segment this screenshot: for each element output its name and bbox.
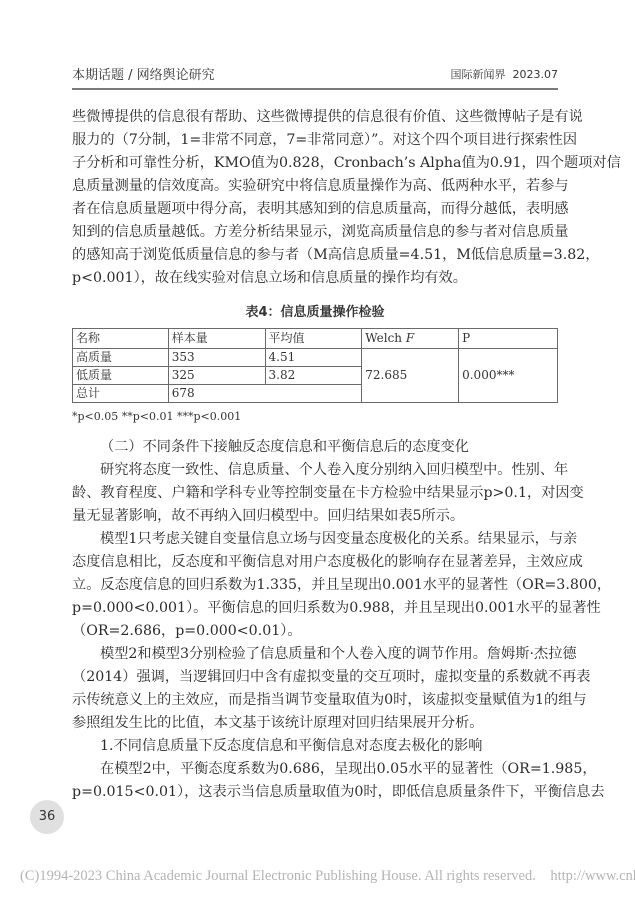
cell-sample: 678 (168, 385, 362, 403)
text-line: 龄、教育程度、户籍和学科专业等控制变量在卡方检验中结果显示p>0.1，对因变 (72, 482, 558, 505)
paragraph-measurement: 些微博提供的信息很有帮助、这些微博提供的信息很有价值、这些微博帖子是有说 服力的… (72, 106, 558, 290)
header-cell-welch: Welch F (362, 329, 459, 349)
section-title: 本期话题 / 网络舆论研究 (72, 64, 215, 83)
welch-f-symbol: F (406, 331, 414, 345)
table-quality-check: 名称 样本量 平均值 Welch F P 高质量 353 4.51 72.685… (72, 328, 558, 403)
text-line: 研究将态度一致性、信息质量、个人卷入度分别纳入回归模型中。性别、年 (72, 459, 558, 482)
cell-name: 总计 (73, 385, 169, 403)
text-line: 服力的（7分制，1=非常不同意，7=非常同意）”。对这个四个项目进行探索性因 (72, 129, 558, 152)
table-header-row: 名称 样本量 平均值 Welch F P (73, 329, 558, 349)
running-header: 本期话题 / 网络舆论研究 国际新闻界 2023.07 (72, 62, 558, 90)
text-line: 些微博提供的信息很有帮助、这些微博提供的信息很有价值、这些微博帖子是有说 (72, 106, 558, 129)
text-line: 量无显著影响，故不再纳入回归模型中。回归结果如表5所示。 (72, 505, 558, 528)
table-row: 高质量 353 4.51 72.685 0.000*** (73, 349, 558, 367)
text-line: p<0.001），故在线实验对信息立场和信息质量的操作均有效。 (72, 267, 558, 290)
cell-sample: 325 (168, 367, 265, 385)
text-line: 示传统意义上的主效应，而是指当调节变量取值为0时，该虚拟变量赋值为1的组与 (72, 689, 558, 712)
cell-welch-f: 72.685 (362, 349, 459, 403)
text-line: p=0.015<0.01），这表示当信息质量取值为0时，即低信息质量条件下，平衡… (72, 781, 558, 804)
text-line: 在模型2中，平衡态度系数为0.686，呈现出0.05水平的显著性（OR=1.98… (72, 758, 558, 781)
text-line: （2014）强调，当逻辑回归中含有虚拟变量的交互项时，虚拟变量的系数就不再表 (72, 666, 558, 689)
text-line: 态度信息相比，反态度和平衡信息对用户态度极化的影响存在显著差异，主效应成 (72, 551, 558, 574)
cell-name: 高质量 (73, 349, 169, 367)
text-line: 的感知高于浏览低质量信息的参与者（M高信息质量=4.51，M低信息质量=3.82… (72, 244, 558, 267)
table-significance-note: *p<0.05 **p<0.01 ***p<0.001 (72, 410, 241, 423)
header-cell-mean: 平均值 (265, 329, 362, 349)
cell-mean: 3.82 (265, 367, 362, 385)
section-heading: （二）不同条件下接触反态度信息和平衡信息后的态度变化 (72, 436, 558, 459)
text-line: 知到的信息质量越低。方差分析结果显示，浏览高质量信息的参与者对信息质量 (72, 221, 558, 244)
text-line: p=0.000<0.001）。平衡信息的回归系数为0.988，并且呈现出0.00… (72, 597, 558, 620)
text-line: 模型1只考虑关键自变量信息立场与因变量态度极化的关系。结果显示，与亲 (72, 528, 558, 551)
header-cell-name: 名称 (73, 329, 169, 349)
copyright-watermark: (C)1994-2023 China Academic Journal Elec… (20, 868, 635, 885)
text-line: （OR=2.686，p=0.000<0.01）。 (72, 620, 558, 643)
journal-issue: 国际新闻界 2023.07 (451, 66, 558, 82)
header-cell-p: P (459, 329, 558, 349)
text-line: 子分析和可靠性分析，KMO值为0.828，Cronbach’s Alpha值为0… (72, 152, 558, 175)
text-line: 参照组发生比的比值，本文基于该统计原理对回归结果展开分析。 (72, 712, 558, 735)
section-attitude-change: （二）不同条件下接触反态度信息和平衡信息后的态度变化 研究将态度一致性、信息质量… (72, 436, 558, 804)
cell-sample: 353 (168, 349, 265, 367)
text-line: 息质量测量的信效度高。实验研究中将信息质量操作为高、低两种水平，若参与 (72, 175, 558, 198)
header-cell-sample: 样本量 (168, 329, 265, 349)
cell-name: 低质量 (73, 367, 169, 385)
subsection-heading: 1.不同信息质量下反态度信息和平衡信息对态度去极化的影响 (72, 735, 558, 758)
table-title: 表4：信息质量操作检验 (72, 301, 558, 320)
text-line: 立。反态度信息的回归系数为1.335，并且呈现出0.001水平的显著性（OR=3… (72, 574, 558, 597)
text-line: 模型2和模型3分别检验了信息质量和个人卷入度的调节作用。詹姆斯·杰拉德 (72, 643, 558, 666)
cell-p-value: 0.000*** (459, 349, 558, 403)
cell-mean: 4.51 (265, 349, 362, 367)
text-line: 者在信息质量题项中得分高，表明其感知到的信息质量高，而得分越低，表明感 (72, 198, 558, 221)
page-number-badge: 36 (30, 800, 64, 834)
welch-label: Welch F (365, 331, 414, 345)
